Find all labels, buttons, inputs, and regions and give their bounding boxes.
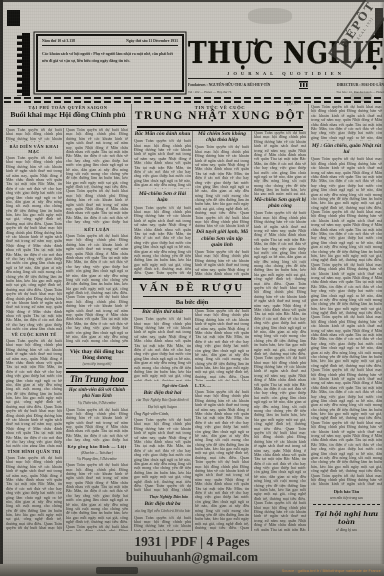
greeked-body-text: Quan Toàn quyền tới dự buổi khai mạc hội… (66, 408, 128, 442)
headline-rule (9, 125, 127, 126)
alcohol-subtitle: Ba bức điện (133, 299, 251, 306)
greeked-body-text: Quan Toàn quyền tới dự buổi khai mạc hội… (134, 418, 191, 492)
editor-note-label: L.T.S. — (195, 383, 249, 388)
conflict-column-b: Mã chiếm Sơn không chịu thỏa hiệp Quan T… (195, 131, 249, 276)
conflict-subhead-a2: Mã-chiếm Sơn ở Hải luận (134, 191, 191, 203)
china-news-subhead-2b: (Kharbin — Tsitsihar) (66, 451, 128, 455)
greeked-body-text: Quan Toàn quyền tới dự buổi khai mạc hội… (195, 250, 249, 276)
column-rule (131, 104, 132, 531)
right-signature: Dịch báo Tàu (311, 489, 382, 494)
telegram-1-signature: Ngô-tiến-Cảnh (134, 383, 191, 388)
greeked-body-text: Quan Toàn quyền tới dự buổi khai mạc hội… (311, 105, 382, 141)
right-subhead-2-note: sẽ đăng kỳ sau (311, 528, 382, 532)
conflict-subhead-a1: Bắc Mãn còn đánh nhau (134, 131, 191, 137)
gallica-source-note: Source : gallica.bnf.fr / Bibliothèque n… (282, 568, 381, 573)
conflict-headline: TRUNG NHẬT XUNG ĐỘT (133, 110, 307, 122)
piastre-notice-title: Việc thay đổi đồng bạc Đông dương (67, 349, 127, 362)
column-rule (63, 128, 64, 531)
china-news-byline-1: Vụ Thiên-tân, 9 Décembre (66, 401, 128, 405)
left-column-2: Quan Toàn quyền tới dự buổi khai mạc hội… (66, 128, 128, 531)
china-news-byline-2: Vụ Phụng-lâm, 3 Décembre (66, 457, 128, 461)
greeked-body-text: Quan Toàn quyền tới dự buổi khai mạc hội… (66, 128, 128, 225)
conflict-subhead-b2: Đổi tuyết giời lạnh, Mã chiếm Sơn vẫn tậ… (195, 229, 249, 248)
telegram-1-head: Bức điện thứ nhất (134, 309, 191, 315)
telephone-line: Tél : 202 — Hanoi — Hộp thư 76 (188, 90, 231, 94)
column-rule (192, 309, 193, 531)
dashed-separator (313, 504, 380, 507)
conflict-column-c: Quan Toàn quyền tới dự buổi khai mạc hội… (254, 131, 306, 531)
pdf-overlay-email: buihuuhanh@gmail.com (0, 550, 384, 565)
piastre-notice-box: Việc thay đổi đồng bạc Đông dương (xem t… (66, 346, 128, 369)
greeked-body-text: Quan Toàn quyền tới dự buổi khai mạc hội… (66, 234, 128, 344)
greeked-body-text: Quan Toàn quyền tới dự buổi khai mạc hội… (6, 128, 62, 142)
greeked-body-text: Quan Toàn quyền tới dự buổi khai mạc hội… (254, 131, 306, 195)
director-line: DIRECTEUR : MAI-DU-LÂN (337, 83, 384, 87)
left-article-headline: Buổi khai mạc Hội đồng Chính phủ (5, 111, 131, 119)
china-news-subhead-2: Kép gồng hàn Binh — Liệt (66, 444, 128, 449)
greeked-body-text: Quan Toàn quyền tới dự buổi khai mạc hội… (195, 309, 249, 381)
binding-teeth (17, 33, 22, 96)
scan-edge-top (0, 0, 384, 2)
greeked-body-text: Quan Toàn quyền tới dự buổi khai mạc hội… (66, 463, 128, 531)
telegram-2-salutation: Ông Ngô-viễn-Cảnh, (134, 411, 191, 416)
conflict-subhead-c1: Mã-chiếm Sơn quyết bị phản công (254, 197, 306, 209)
address-line: Tòa báo : 41, Rue du Coton — Hanoi (336, 90, 384, 94)
issue-info-box: Năm thứ 10 số 3.138 Ngày thứ sáu 11 Déce… (36, 34, 184, 92)
issue-date: Ngày thứ sáu 11 Décembre 1931 (126, 39, 178, 43)
masthead-slogan: Các khoản sách vở hội người : Phụ về ngư… (42, 51, 178, 64)
greeked-body-text: Quan Toàn quyền tới dự buổi khai mạc hội… (6, 339, 62, 447)
left-subhead-economy: VỀ CUỘC KINH TẾ (6, 332, 62, 337)
greeked-body-text: Quan Toàn quyền tới dự buổi khai mạc hội… (311, 157, 382, 487)
greeked-body-text: Quan Toàn quyền tới dự buổi khai mạc hội… (134, 206, 191, 276)
conflict-column-a: Bắc Mãn còn đánh nhau Quan Toàn quyền tớ… (134, 131, 191, 276)
alcohol-column-a: Bức điện thứ nhất Quan Toàn quyền tới dự… (134, 309, 191, 531)
telegram-2-note-1: của Thực Nghiệp Báo Quán đánh vô (134, 398, 191, 402)
piastre-notice-note: (xem tiếp trang nhì) (67, 362, 127, 366)
pdf-overlay-line-1: 1931 | PDF | 4 Pages (0, 534, 384, 550)
right-continuation-note: xem nữa tiếp trang sau (311, 496, 382, 500)
telegram-2-signature: Thực Nghiệp Dân báo (134, 494, 191, 499)
scan-corner-mark (7, 10, 20, 26)
conflict-subhead-b1: Mã chiếm Sơn không chịu thỏa hiệp (195, 131, 249, 143)
header-rule (4, 101, 382, 103)
greeked-body-text: Quan Toàn quyền tới dự buổi khai mạc hội… (6, 456, 62, 531)
left-subhead-conclusion: KẾT LUẬN (66, 227, 128, 232)
bank-building-icon (299, 81, 308, 89)
newspaper-scan-page: 1608 Năm thứ 10 số 3.138 Ngày thứ sáu 11… (0, 0, 384, 576)
scan-smudge (248, 8, 292, 24)
telegram-3-note: của ông Ngô viễn Cảnh trả lời tòa báo (134, 509, 191, 513)
greeked-body-text: Quan Toàn quyền tới dự buổi khai mạc hội… (134, 317, 191, 381)
greeked-body-text: Quan Toàn quyền tới dự buổi khai mạc hội… (134, 139, 191, 189)
china-news-subhead: Học sinh-viên đối với Chính phủ Nam Kinh (66, 388, 128, 399)
alcohol-headline: VẤN ĐỀ RƯỢU (133, 282, 251, 294)
greeked-body-text: Quan Toàn quyền tới dự buổi khai mạc hội… (254, 211, 306, 531)
right-subhead-1: Mỹ : Gần chiến, quân Nhật rút lui (311, 143, 382, 155)
newspaper-subtitle: JOURNAL QUOTIDIEN (188, 71, 384, 76)
column-rule (251, 131, 252, 531)
scan-blotch (96, 567, 138, 574)
right-column: Quan Toàn quyền tới dự buổi khai mạc hội… (311, 105, 382, 532)
left-subhead-speech: BÀI DIỄN VĂN KHAI MẠC (6, 144, 62, 154)
greeked-body-text: Quan Toàn quyền tới dự buổi khai mạc hội… (195, 145, 249, 227)
china-news-title: Tin Trung hoa (66, 371, 128, 386)
telegram-2-note-2: Đại hội nghị Saigon (134, 405, 191, 409)
greeked-body-text: Quan Toàn quyền tới dự buổi khai mạc hội… (6, 156, 62, 330)
founders-line: Fondateurs : NGUYỄN-HỮU-THU & BÙI-HUY-TÍ… (188, 83, 270, 87)
telegram-2-head: Bức điện thứ hai (134, 390, 191, 396)
scan-edge-left (0, 0, 3, 576)
telegram-3-head: Bức điện thứ ba (134, 501, 191, 507)
column-rule (308, 104, 309, 531)
left-column-1: Quan Toàn quyền tới dự buổi khai mạc hội… (6, 128, 62, 531)
alcohol-section-header: VẤN ĐỀ RƯỢU Ba bức điện (133, 278, 251, 309)
greeked-body-text: Quan Toàn quyền tới dự buổi khai mạc hội… (134, 516, 191, 531)
greeked-body-text: Quan Toàn quyền tới dự buổi khai mạc hội… (195, 390, 249, 531)
right-subhead-2: Tại hội nghị hưu toàn (311, 510, 382, 526)
header-rule (4, 97, 382, 99)
binding-spine (17, 33, 30, 96)
issue-number: Năm thứ 10 số 3.138 (42, 39, 75, 43)
left-subhead-military: TÌNH HÌNH QUÂN TRỊ (6, 449, 62, 454)
alcohol-column-b: Quan Toàn quyền tới dự buổi khai mạc hội… (195, 309, 249, 531)
column-rule (192, 131, 193, 276)
